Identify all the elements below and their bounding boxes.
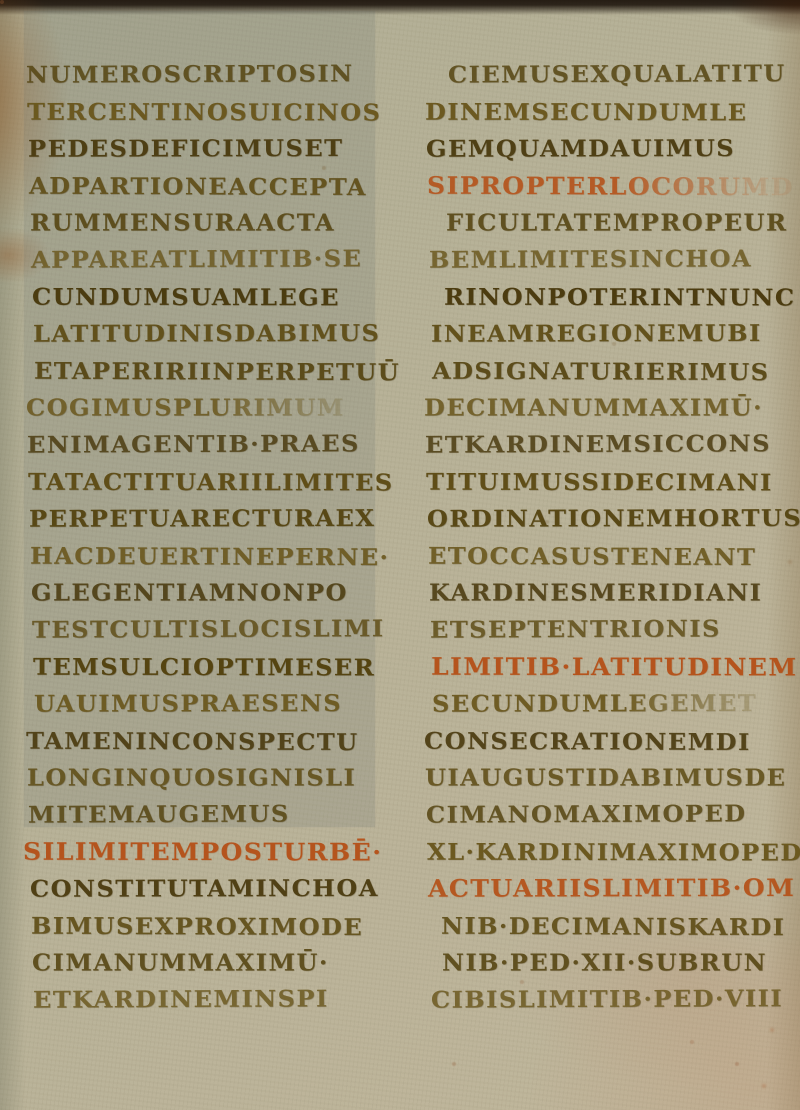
manuscript-line: CIMANOMAXIMOPED bbox=[426, 795, 794, 832]
manuscript-line: TERCENTINOSUICINOS bbox=[27, 94, 389, 130]
manuscript-line: ETKARDINEMINSPI bbox=[33, 980, 395, 1017]
manuscript-line: KARDINESMERIDIANI bbox=[429, 575, 797, 611]
manuscript-line: UAUIMUSPRAESENS bbox=[34, 685, 396, 721]
manuscript-line: PERPETUARECTURAEX bbox=[29, 500, 391, 536]
parchment-speckles bbox=[0, 0, 4, 4]
manuscript-line: TEMSULCIOPTIMESER bbox=[33, 649, 395, 685]
manuscript-line: ORDINATIONEMHORTUS bbox=[427, 500, 795, 536]
manuscript-line: DECIMANUMMAXIMŪ· bbox=[424, 390, 792, 426]
manuscript-line: LATITUDINISDABIMUS bbox=[33, 315, 395, 351]
manuscript-line: ETSEPTENTRIONIS bbox=[430, 610, 798, 647]
manuscript-line: RUMMENSURAACTA bbox=[30, 205, 392, 241]
manuscript-line: NIB·DECIMANISKARDI bbox=[429, 908, 797, 945]
manuscript-line: ENIMAGENTIB·PRAES bbox=[27, 425, 389, 462]
manuscript-line: ADPARTIONEACCEPTA bbox=[29, 168, 391, 205]
manuscript-page: NUMEROSCRIPTOSINTERCENTINOSUICINOSPEDESD… bbox=[0, 0, 800, 1110]
manuscript-line: TITUIMUSSIDECIMANI bbox=[426, 464, 794, 500]
manuscript-line-rubric: ACTUARIISLIMITIB·OM bbox=[428, 870, 796, 906]
manuscript-line-rubric: SIPROPTERLOCORUMDIF bbox=[427, 168, 795, 205]
manuscript-line: INEAMREGIONEMUBI bbox=[431, 315, 799, 351]
manuscript-line: RINONPOTERINTNUNC bbox=[430, 279, 798, 315]
manuscript-line: GLEGENTIAMNONPO bbox=[31, 575, 393, 611]
manuscript-line: UIAUGUSTIDABIMUSDE bbox=[425, 760, 793, 796]
manuscript-line: CIEMUSEXQUALATITU bbox=[424, 55, 792, 92]
manuscript-line: CIMANUMMAXIMŪ· bbox=[32, 945, 394, 981]
manuscript-line-rubric: LIMITIB·LATITUDINEM bbox=[431, 649, 799, 685]
manuscript-line: APPAREATLIMITIB·SE bbox=[31, 240, 393, 277]
manuscript-line: FICULTATEMPROPEUR bbox=[428, 205, 796, 241]
manuscript-line: TESTCULTISLOCISLIMI bbox=[32, 610, 394, 647]
manuscript-line: CUNDUMSUAMLEGE bbox=[32, 279, 394, 315]
manuscript-line: ETKARDINEMSICCONS bbox=[425, 425, 793, 462]
manuscript-line: NIB·PED·XII·SUBRUN bbox=[430, 945, 798, 981]
manuscript-line: CONSTITUTAMINCHOA bbox=[30, 870, 392, 906]
manuscript-line: PEDESDEFICIMUSET bbox=[28, 130, 390, 166]
text-column-left: NUMEROSCRIPTOSINTERCENTINOSUICINOSPEDESD… bbox=[28, 56, 390, 1018]
manuscript-line: LONGINQUOSIGNISLI bbox=[27, 760, 389, 796]
manuscript-line: ETOCCASUSTENEANT bbox=[428, 538, 796, 575]
manuscript-line: MITEMAUGEMUS bbox=[28, 795, 390, 832]
manuscript-line: BEMLIMITESINCHOA bbox=[429, 240, 797, 277]
manuscript-line: GEMQUAMDAUIMUS bbox=[426, 130, 794, 166]
manuscript-line: HACDEUERTINEPERNE· bbox=[30, 538, 392, 575]
manuscript-line: BIMUSEXPROXIMODE bbox=[31, 908, 393, 945]
manuscript-line: TATACTITUARIILIMITES bbox=[28, 464, 390, 500]
manuscript-line: CIBISLIMITIB·PED·VIII bbox=[431, 980, 799, 1017]
manuscript-line: COGIMUSPLURIMUM bbox=[26, 390, 388, 426]
text-column-right: CIEMUSEXQUALATITUDINEMSECUNDUMLEGEMQUAMD… bbox=[426, 56, 794, 1018]
manuscript-line: CONSECRATIONEMDI bbox=[424, 723, 792, 760]
manuscript-line: NUMEROSCRIPTOSIN bbox=[26, 55, 388, 92]
manuscript-line: ADSIGNATURIERIMUS bbox=[432, 353, 800, 390]
manuscript-line-rubric: SILIMITEMPOSTURBĒ· bbox=[23, 834, 391, 870]
manuscript-line: SECUNDUMLEGEMET bbox=[432, 685, 800, 721]
manuscript-line: DINEMSECUNDUMLE bbox=[425, 94, 793, 130]
manuscript-line: XL·KARDINIMAXIMOPED·XX bbox=[427, 834, 795, 870]
manuscript-line: ETAPERIRIINPERPETUŪ bbox=[34, 353, 396, 390]
manuscript-line: TAMENINCONSPECTU bbox=[26, 723, 388, 760]
